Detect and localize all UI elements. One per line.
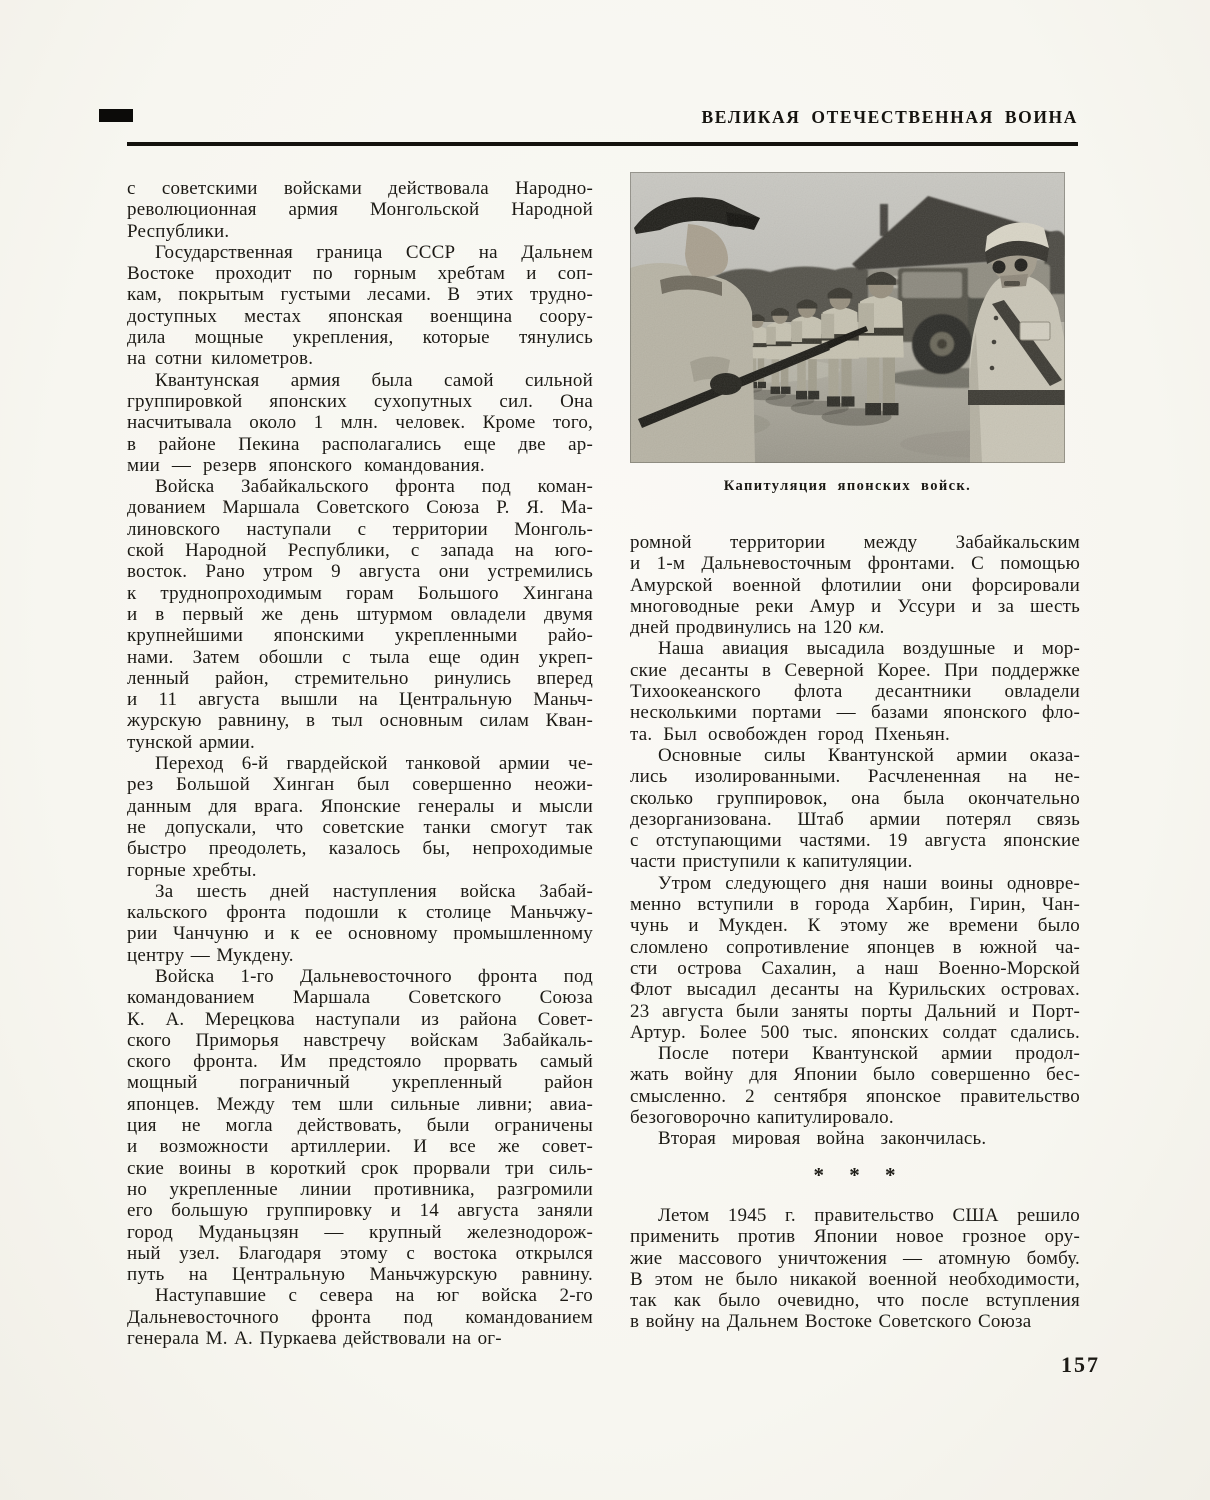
- text-line: кам, покрытым густыми лесами. В этих тру…: [127, 284, 593, 305]
- text-line: Республики.: [127, 221, 593, 242]
- text-line: на сотни километров.: [127, 348, 593, 369]
- text-line: несколькими портами — базами японского ф…: [630, 702, 1080, 723]
- text-line: город Муданьцзян — крупный железнодорож-: [127, 1222, 593, 1243]
- text-line: сти острова Сахалин, а наш Военно-Морско…: [630, 958, 1080, 979]
- text-line: Флот высадил десанты на Курильских остро…: [630, 979, 1080, 1000]
- left-text-column: с советскими войсками действовала Народн…: [127, 178, 593, 1349]
- text-line: лись изолированными. Расчлененная на не-: [630, 766, 1080, 787]
- text-line: ция не могла действовать, были ограничен…: [127, 1115, 593, 1136]
- text-line: ского Приморья навстречу войскам Забайка…: [127, 1030, 593, 1051]
- text-line: центру — Мукдену.: [127, 945, 593, 966]
- text-line: мии — резерв японского командования.: [127, 455, 593, 476]
- text-line: с отступающими частями. 19 августа японс…: [630, 830, 1080, 851]
- text-line: революционная армия Монгольской Народной: [127, 199, 593, 220]
- text-line: горные хребты.: [127, 860, 593, 881]
- text-line: и 1-м Дальневосточным фронтами. С помощь…: [630, 553, 1080, 574]
- text-line: жать войну для Японии было совершенно бе…: [630, 1064, 1080, 1085]
- text-line: нами. Затем обошли с тыла еще один укреп…: [127, 647, 593, 668]
- text-line: безоговорочно капитулировало.: [630, 1107, 1080, 1128]
- text-line: тунской армии.: [127, 732, 593, 753]
- text-line: Войска Забайкальского фронта под коман-: [127, 476, 593, 497]
- paragraph: Утром следующего дня наши воины одновре-…: [630, 873, 1080, 1043]
- text-line: ской Народной Республики, с запада на юг…: [127, 540, 593, 561]
- text-line: к труднопроходимым горам Большого Хинган…: [127, 583, 593, 604]
- text-line: дезорганизована. Штаб армии потерял связ…: [630, 809, 1080, 830]
- paragraph: с советскими войсками действовала Народн…: [127, 178, 593, 242]
- text-line: ские воины в короткий срок прорвали три …: [127, 1158, 593, 1179]
- text-line: группировкой японских сухопутных сил. Он…: [127, 391, 593, 412]
- text-line: японцев. Между тем шли сильные ливни; ав…: [127, 1094, 593, 1115]
- text-line: его большую группировку и 14 августа зан…: [127, 1200, 593, 1221]
- text-line: и возможности артиллерии. И все же совет…: [127, 1136, 593, 1157]
- paragraph: Войска 1-го Дальневосточного фронта подк…: [127, 966, 593, 1285]
- text-line: но укрепленные линии противника, разгром…: [127, 1179, 593, 1200]
- paragraph: За шесть дней наступления войска Забай-к…: [127, 881, 593, 966]
- right-column: Капитуляция японских войск. ромной терри…: [630, 172, 1080, 1333]
- paragraph: Наша авиация высадила воздушные и мор-ск…: [630, 638, 1080, 744]
- text-line: Вторая мировая война закончилась.: [630, 1128, 1080, 1149]
- text-line: дила мощные укрепления, которые тянулись: [127, 327, 593, 348]
- text-line: жие массового уничтожения — атомную бомб…: [630, 1248, 1080, 1269]
- text-line: ленный район, стремительно ринулись впер…: [127, 668, 593, 689]
- text-line: рии Чанчуню и к ее основному промышленно…: [127, 923, 593, 944]
- text-line: ный узел. Благодаря этому с востока откр…: [127, 1243, 593, 1264]
- paragraph: Переход 6-й гвардейской танковой армии ч…: [127, 753, 593, 881]
- text-line: смысленно. 2 сентября японское правитель…: [630, 1086, 1080, 1107]
- text-line: многоводные реки Амур и Уссури и за шест…: [630, 596, 1080, 617]
- text-line: дней продвинулись на 120 км.: [630, 617, 1080, 638]
- text-line: не допускали, что советские танки смогут…: [127, 817, 593, 838]
- text-line: путь на Центральную Маньчжурскую равнину…: [127, 1264, 593, 1285]
- text-line: Квантунская армия была самой сильной: [127, 370, 593, 391]
- text-line: в войну на Дальнем Востоке Советского Со…: [630, 1311, 1080, 1332]
- paragraph: После потери Квантунской армии продол-жа…: [630, 1043, 1080, 1128]
- text-line: Наступавшие с севера на юг войска 2-го: [127, 1285, 593, 1306]
- text-line: с советскими войсками действовала Народн…: [127, 178, 593, 199]
- text-line: Летом 1945 г. правительство США решило: [630, 1205, 1080, 1226]
- text-line: ские десанты в Северной Корее. При подде…: [630, 660, 1080, 681]
- text-line: После потери Квантунской армии продол-: [630, 1043, 1080, 1064]
- text-line: Дальневосточного фронта под командование…: [127, 1307, 593, 1328]
- text-line: Артур. Более 500 тыс. японских солдат сд…: [630, 1022, 1080, 1043]
- paragraph: Вторая мировая война закончилась.: [630, 1128, 1080, 1149]
- book-page: ВЕЛИКАЯ ОТЕЧЕСТВЕННАЯ ВОИНА с советскими…: [0, 0, 1210, 1500]
- text-line: восток. Рано утром 9 августа они устреми…: [127, 561, 593, 582]
- text-line: Наша авиация высадила воздушные и мор-: [630, 638, 1080, 659]
- page-number: 157: [1000, 1352, 1100, 1378]
- text-line: рез Большой Хинган был совершенно неожи-: [127, 774, 593, 795]
- paragraph: Летом 1945 г. правительство США решилопр…: [630, 1205, 1080, 1333]
- paragraph: Основные силы Квантунской армии оказа-ли…: [630, 745, 1080, 873]
- text-line: данным для врага. Японские генералы и мы…: [127, 796, 593, 817]
- paragraph: Наступавшие с севера на юг войска 2-гоДа…: [127, 1285, 593, 1349]
- text-line: дованием Маршала Советского Союза Р. Я. …: [127, 497, 593, 518]
- header-rule: [127, 142, 1078, 146]
- text-line: Тихоокеанского флота десантники овладели: [630, 681, 1080, 702]
- text-line: сломлено сопротивление японцев в южной ч…: [630, 937, 1080, 958]
- text-line: Государственная граница СССР на Дальнем: [127, 242, 593, 263]
- text-line: линовского наступали с территории Монгол…: [127, 519, 593, 540]
- text-line: Утром следующего дня наши воины одновре-: [630, 873, 1080, 894]
- right-text-column: ромной территории между Забайкальскими 1…: [630, 532, 1080, 1333]
- text-line: чунь и Мукден. К этому же времени было: [630, 915, 1080, 936]
- text-line: К. А. Мерецкова наступали из района Сове…: [127, 1009, 593, 1030]
- paragraph: Войска Забайкальского фронта под коман-д…: [127, 476, 593, 753]
- text-line: доступных местах японская военщина соору…: [127, 306, 593, 327]
- text-line: и 11 августа вышли на Центральную Маньч-: [127, 689, 593, 710]
- text-line: сколько группировок, она была окончатель…: [630, 788, 1080, 809]
- paragraph: Квантунская армия была самой сильнойгруп…: [127, 370, 593, 476]
- photo-caption: Капитуляция японских войск.: [630, 477, 1065, 495]
- text-line: генерала М. А. Пуркаева действовали на о…: [127, 1328, 593, 1349]
- text-line: Амурской военной флотилии они форсировал…: [630, 575, 1080, 596]
- text-line: Основные силы Квантунской армии оказа-: [630, 745, 1080, 766]
- text-line: ского фронта. Им предстояло прорвать сам…: [127, 1051, 593, 1072]
- text-line: 23 августа были заняты порты Дальний и П…: [630, 1001, 1080, 1022]
- text-line: та. Был освобожден город Пхеньян.: [630, 724, 1080, 745]
- text-line: и в первый же день штурмом овладели двум…: [127, 604, 593, 625]
- text-line: мощный пограничный укрепленный район: [127, 1072, 593, 1093]
- text-line: менно вступили в города Харбин, Гирин, Ч…: [630, 894, 1080, 915]
- section-separator: * * *: [630, 1165, 1080, 1186]
- text-line: За шесть дней наступления войска Забай-: [127, 881, 593, 902]
- text-line: Востоке проходит по горным хребтам и соп…: [127, 263, 593, 284]
- text-line: крупнейшими японскими укрепленными райо-: [127, 625, 593, 646]
- text-line: Переход 6-й гвардейской танковой армии ч…: [127, 753, 593, 774]
- paragraph: Государственная граница СССР на ДальнемВ…: [127, 242, 593, 370]
- text-line: части приступили к капитуляции.: [630, 851, 1080, 872]
- text-line: журскую равнину, в тыл основным силам Кв…: [127, 710, 593, 731]
- text-line: так как было очевидно, что после вступле…: [630, 1290, 1080, 1311]
- text-line: ромной территории между Забайкальским: [630, 532, 1080, 553]
- text-line: Войска 1-го Дальневосточного фронта под: [127, 966, 593, 987]
- text-line: насчитывала около 1 млн. человек. Кроме …: [127, 412, 593, 433]
- text-line: В этом не было никакой военной необходим…: [630, 1269, 1080, 1290]
- text-line: применить против Японии новое грозное ор…: [630, 1226, 1080, 1247]
- photo-japanese-surrender: [630, 172, 1065, 463]
- text-line: командованием Маршала Советского Союза: [127, 987, 593, 1008]
- text-line: в районе Пекина располагались еще две ар…: [127, 434, 593, 455]
- paragraph: ромной территории между Забайкальскими 1…: [630, 532, 1080, 638]
- text-line: кальского фронта подошли к столице Маньч…: [127, 902, 593, 923]
- text-line: быстро преодолеть, казалось бы, непроход…: [127, 838, 593, 859]
- photo-illustration: [630, 172, 1065, 463]
- running-head: ВЕЛИКАЯ ОТЕЧЕСТВЕННАЯ ВОИНА: [127, 107, 1078, 128]
